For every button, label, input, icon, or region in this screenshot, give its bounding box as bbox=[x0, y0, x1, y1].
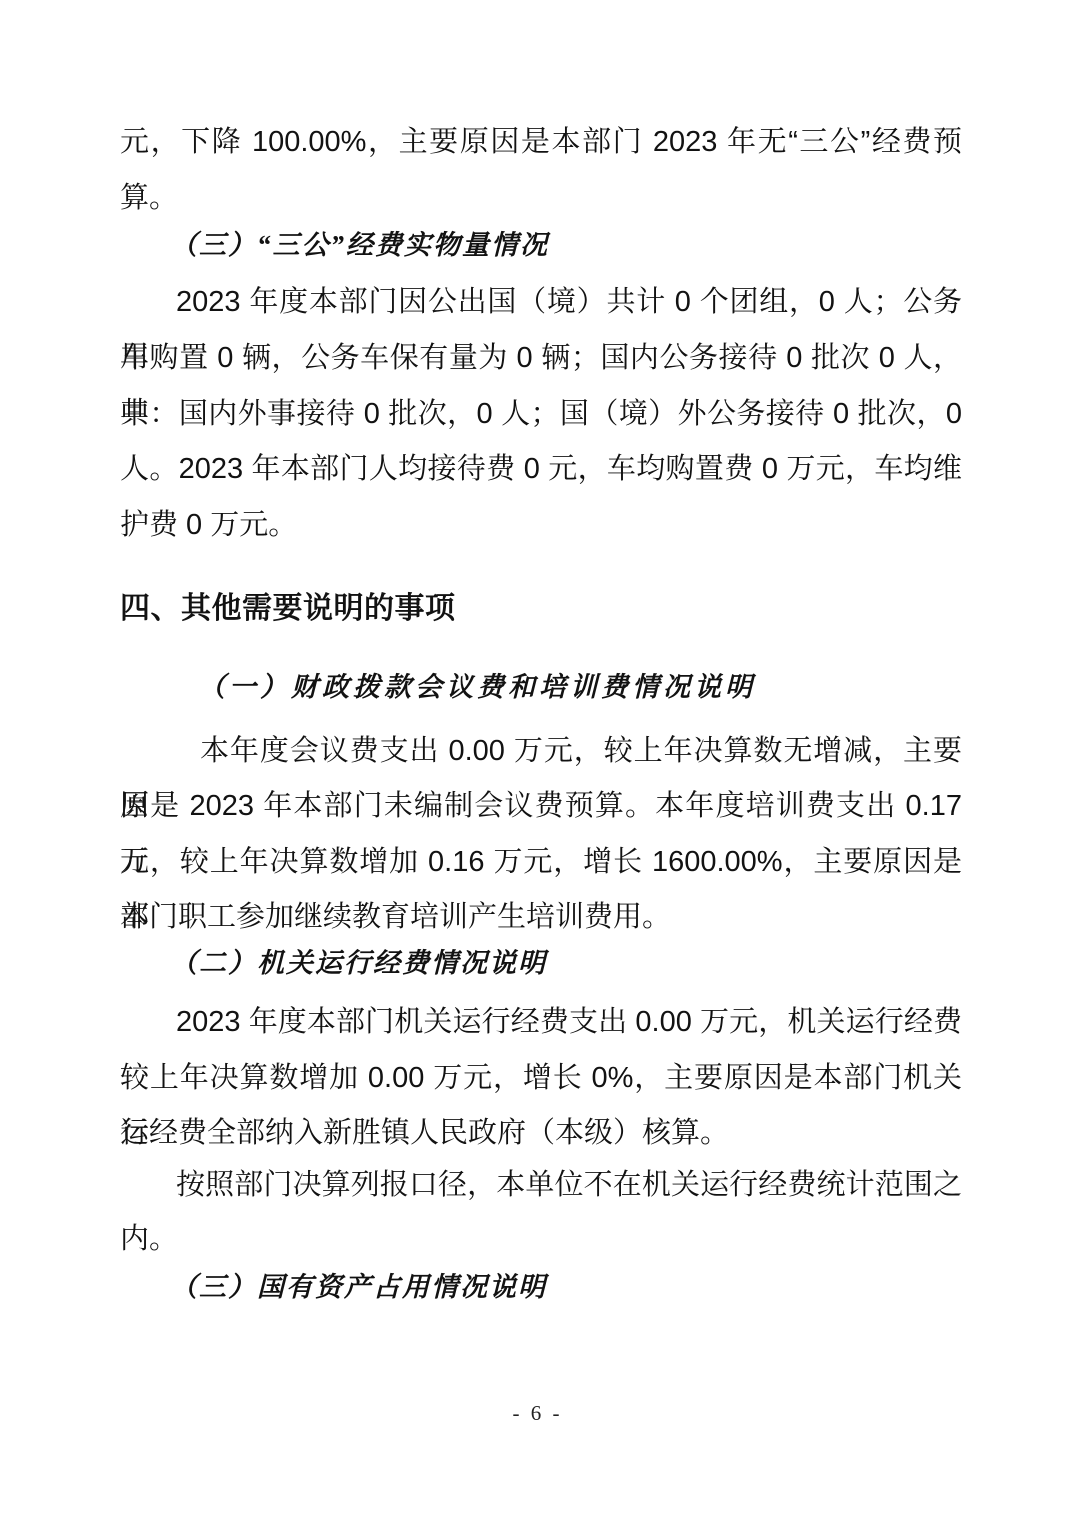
subheading-state-assets: （三）国有资产占用情况说明 bbox=[120, 1260, 962, 1315]
body-text-line: 按照部门决算列报口径，本单位不在机关运行经费统计范围之 bbox=[120, 1158, 962, 1213]
body-text-line: 2023 年度本部门因公出国（境）共计 0 个团组，0 人；公务用 bbox=[120, 275, 962, 330]
section-heading-four: 四、其他需要说明的事项 bbox=[120, 581, 962, 636]
body-text-line: 人。2023 年本部门人均接待费 0 元，车均购置费 0 万元，车均维 bbox=[120, 442, 962, 497]
body-text-line: 中：国内外事接待 0 批次，0 人；国（境）外公务接待 0 批次，0 bbox=[120, 387, 962, 442]
body-text-line: 2023 年度本部门机关运行经费支出 0.00 万元，机关运行经费 bbox=[120, 995, 962, 1050]
document-page: 元，下降 100.00%，主要原因是本部门 2023 年无“三公”经费预 算。 … bbox=[0, 0, 1075, 1520]
body-text-line: 较上年决算数增加 0.00 万元，增长 0%，主要原因是本部门机关运 bbox=[120, 1051, 962, 1106]
subheading-operating-funds: （二）机关运行经费情况说明 bbox=[120, 936, 962, 991]
subheading-meeting-training: （一）财政拨款会议费和培训费情况说明 bbox=[120, 660, 962, 715]
body-text-line: 因是 2023 年本部门未编制会议费预算。本年度培训费支出 0.17 万 bbox=[120, 779, 962, 834]
body-text-line: 元，较上年决算数增加 0.16 万元，增长 1600.00%，主要原因是本 bbox=[120, 835, 962, 890]
subheading-sangong-physical: （三）“三公”经费实物量情况 bbox=[120, 218, 962, 273]
body-text-line: 本年度会议费支出 0.00 万元，较上年决算数无增减，主要原 bbox=[120, 724, 962, 779]
body-text-line: 内。 bbox=[120, 1212, 962, 1267]
body-text-line: 行经费全部纳入新胜镇人民政府（本级）核算。 bbox=[120, 1106, 962, 1161]
page-number: - 6 - bbox=[0, 1398, 1075, 1428]
body-text-line: 车购置 0 辆，公务车保有量为 0 辆；国内公务接待 0 批次 0 人，其 bbox=[120, 331, 962, 386]
body-text-line: 元，下降 100.00%，主要原因是本部门 2023 年无“三公”经费预 bbox=[120, 115, 962, 170]
body-text-line: 护费 0 万元。 bbox=[120, 498, 962, 553]
